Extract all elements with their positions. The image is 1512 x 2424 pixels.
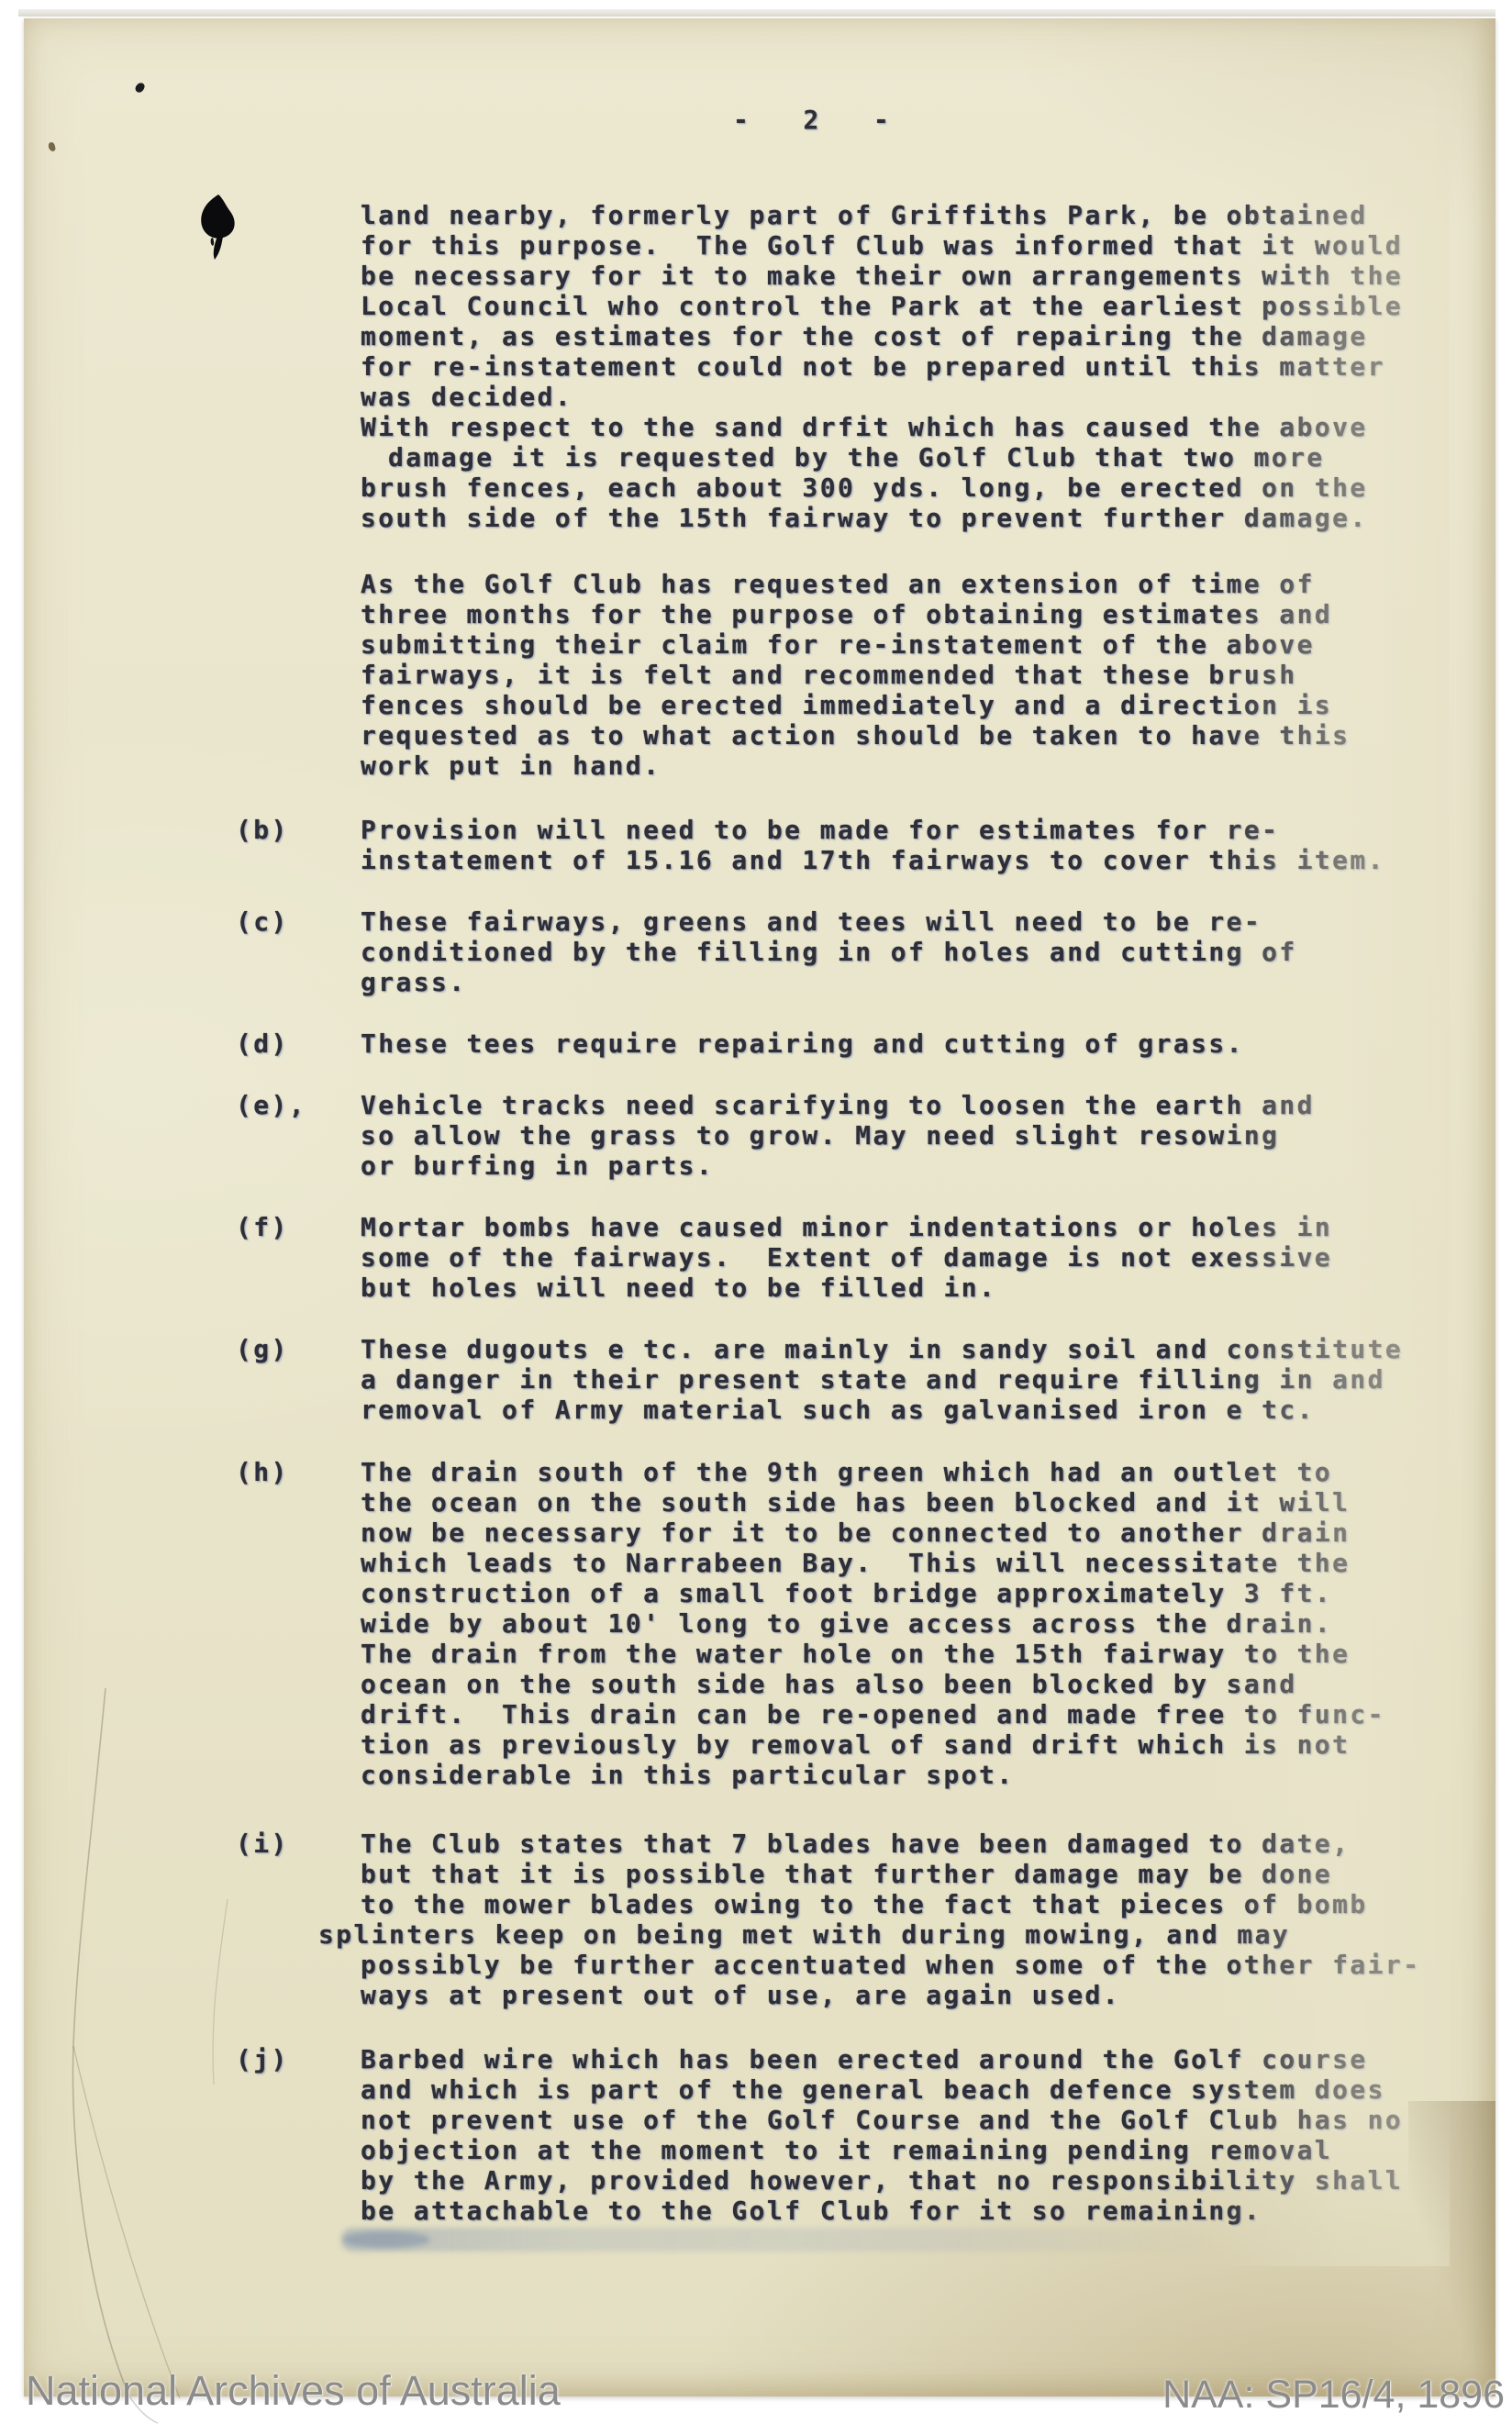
item-label: (d) (236, 1029, 289, 1059)
typed-line: was decided. (361, 382, 1403, 412)
typed-line: the ocean on the south side has been blo… (361, 1487, 1385, 1518)
item-label: (c) (236, 906, 289, 937)
typed-line: tion as previously by removal of sand dr… (361, 1729, 1385, 1760)
item-body: These dugouts e tc. are mainly in sandy … (361, 1334, 1403, 1425)
typed-line: removal of Army material such as galvani… (361, 1395, 1403, 1425)
typed-line: ocean on the south side has also been bl… (361, 1669, 1385, 1699)
typed-line: be necessary for it to make their own ar… (361, 261, 1403, 291)
typed-line: land nearby, formerly part of Griffiths … (361, 200, 1403, 230)
item-label: (b) (236, 815, 289, 845)
item-body: Mortar bombs have caused minor indentati… (361, 1212, 1332, 1303)
item-body: The drain south of the 9th green which h… (361, 1457, 1385, 1790)
typed-line: drift. This drain can be re-opened and m… (361, 1699, 1385, 1729)
typed-line: damage it is requested by the Golf Club … (388, 442, 1403, 473)
typed-line: objection at the moment to it remaining … (361, 2135, 1403, 2165)
typed-line: a danger in their present state and requ… (361, 1364, 1403, 1395)
typed-line: requested as to what action should be ta… (361, 720, 1350, 751)
typed-line: These tees require repairing and cutting… (361, 1029, 1244, 1059)
typed-line: to the mower blades owing to the fact th… (361, 1889, 1420, 1919)
typed-line: but holes will need to be filled in. (361, 1273, 1332, 1303)
typed-line: not prevent use of the Golf Course and t… (361, 2105, 1403, 2135)
typed-line: fences should be erected immediately and… (361, 690, 1350, 720)
typed-line: some of the fairways. Extent of damage i… (361, 1242, 1332, 1273)
item-body: The Club states that 7 blades have been … (361, 1829, 1420, 2010)
typed-line: As the Golf Club has requested an extens… (361, 569, 1350, 599)
ink-smudge (341, 2228, 1213, 2252)
typed-line: by the Army, provided however, that no r… (361, 2165, 1403, 2196)
typed-line: and which is part of the general beach d… (361, 2074, 1403, 2105)
typed-line: instatement of 15.16 and 17th fairways t… (361, 845, 1385, 875)
typed-line: The drain from the water hole on the 15t… (361, 1639, 1385, 1669)
item-body: These tees require repairing and cutting… (361, 1029, 1244, 1059)
typed-line: so allow the grass to grow. May need sli… (361, 1120, 1315, 1151)
typed-line: The drain south of the 9th green which h… (361, 1457, 1385, 1487)
typed-line: grass. (361, 967, 1297, 997)
typed-line: but that it is possible that further dam… (361, 1859, 1420, 1889)
ink-blot (193, 191, 248, 268)
typed-line: submitting their claim for re-instatemen… (361, 629, 1350, 660)
typed-line: now be necessary for it to be connected … (361, 1518, 1385, 1548)
ink-smudge-head (343, 2231, 430, 2248)
item-label: (f) (236, 1212, 289, 1242)
scanned-document-page: { "scan": { "page_number": "- 2 -", "col… (0, 0, 1512, 2424)
item-body: Vehicle tracks need scarifying to loosen… (361, 1090, 1315, 1181)
typed-line: The Club states that 7 blades have been … (361, 1829, 1420, 1859)
typed-line: conditioned by the filling in of holes a… (361, 937, 1297, 967)
item-label: (e), (236, 1090, 306, 1120)
typed-line: These fairways, greens and tees will nee… (361, 906, 1297, 937)
typed-line: Local Council who control the Park at th… (361, 291, 1403, 321)
item-body: As the Golf Club has requested an extens… (361, 569, 1350, 781)
item-body: Provision will need to be made for estim… (361, 815, 1385, 875)
item-label: (g) (236, 1334, 289, 1364)
item-body: Barbed wire which has been erected aroun… (361, 2044, 1403, 2226)
scanner-edge-band (18, 9, 1495, 17)
typed-line: be attachable to the Golf Club for it so… (361, 2196, 1403, 2226)
item-body: land nearby, formerly part of Griffiths … (361, 200, 1403, 533)
typed-line: ways at present out of use, are again us… (361, 1980, 1420, 2010)
typed-line: brush fences, each about 300 yds. long, … (361, 473, 1403, 503)
typed-line: wide by about 10' long to give access ac… (361, 1608, 1385, 1639)
typed-line: possibly be further accentuated when som… (361, 1950, 1420, 1980)
paper-creases (0, 1651, 330, 2424)
typed-line: Vehicle tracks need scarifying to loosen… (361, 1090, 1315, 1120)
typed-line: Barbed wire which has been erected aroun… (361, 2044, 1403, 2074)
typed-line: moment, as estimates for the cost of rep… (361, 321, 1403, 351)
typed-line: Mortar bombs have caused minor indentati… (361, 1212, 1332, 1242)
typed-line: splinters keep on being met with during … (318, 1919, 1420, 1950)
item-label: (h) (236, 1457, 289, 1487)
watermark-series-reference: NAA: SP16/4, 1896 (1162, 2373, 1505, 2418)
typed-line: for this purpose. The Golf Club was info… (361, 230, 1403, 261)
page-number: - 2 - (733, 105, 891, 135)
typed-line: which leads to Narrabeen Bay. This will … (361, 1548, 1385, 1578)
typed-line: three months for the purpose of obtainin… (361, 599, 1350, 629)
typed-line: south side of the 15th fairway to preven… (361, 503, 1403, 533)
item-body: These fairways, greens and tees will nee… (361, 906, 1297, 997)
typed-line: fairways, it is felt and recommended tha… (361, 660, 1350, 690)
typed-line: or burfing in parts. (361, 1151, 1315, 1181)
typed-line: considerable in this particular spot. (361, 1760, 1385, 1790)
typed-line: With respect to the sand drfit which has… (361, 412, 1403, 442)
typed-line: Provision will need to be made for estim… (361, 815, 1385, 845)
typed-line: construction of a small foot bridge appr… (361, 1578, 1385, 1608)
watermark-archive-name: National Archives of Australia (26, 2367, 561, 2415)
typed-line: work put in hand. (361, 751, 1350, 781)
typed-line: These dugouts e tc. are mainly in sandy … (361, 1334, 1403, 1364)
typed-line: for re-instatement could not be prepared… (361, 351, 1403, 382)
